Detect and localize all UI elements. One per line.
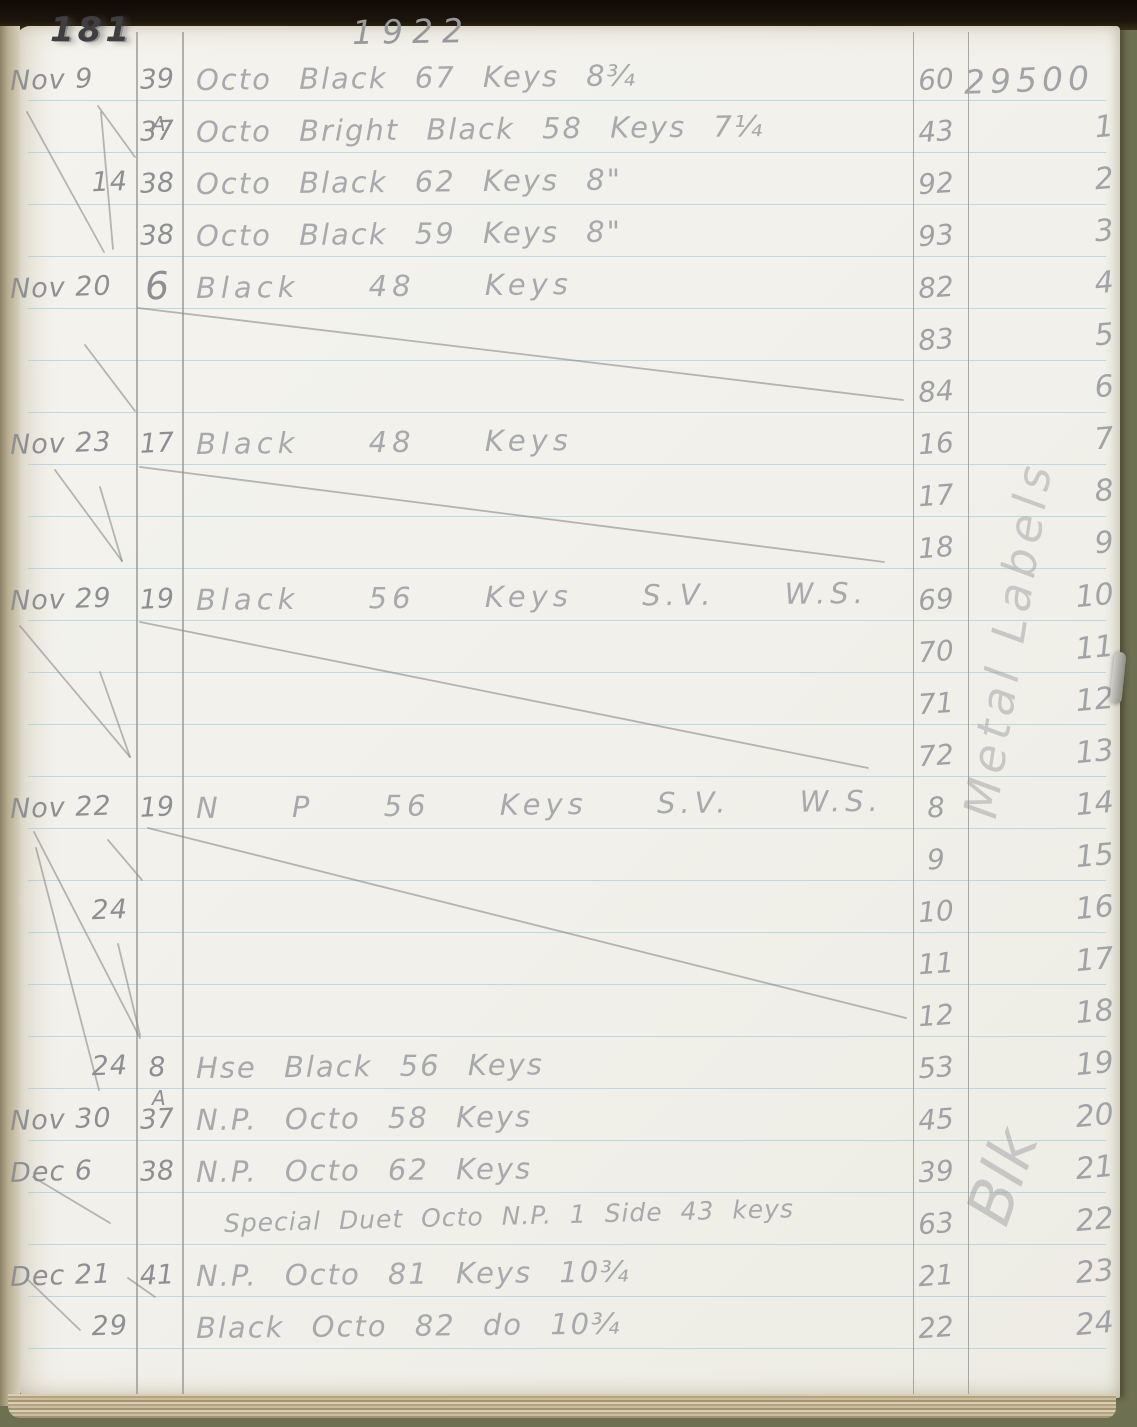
- ledger-row: Nov 2219N P 56 Keys S.V. W.S.814: [0, 784, 1137, 832]
- ledger-row: Nov 939AOcto Black 67 Keys 8¾6029500: [0, 56, 1137, 104]
- serial-cell: 17: [986, 934, 1122, 993]
- description-cell: Black Octo 82 do 10¾: [196, 1300, 622, 1352]
- ledger-row: 37Octo Bright Black 58 Keys 7¼431: [0, 108, 1137, 156]
- quantity-cell: 43: [906, 106, 965, 158]
- description-cell: N.P. Octo 62 Keys: [196, 1144, 533, 1196]
- ledger-row: 7112: [0, 680, 1137, 728]
- serial-cell: 18: [986, 986, 1122, 1045]
- description-cell: Black 56 Keys S.V. W.S.: [196, 569, 868, 624]
- quantity-cell: 17: [906, 470, 965, 522]
- quantity-cell: 93: [906, 210, 965, 262]
- quantity-cell: 70: [906, 626, 965, 678]
- description-cell: Octo Black 67 Keys 8¾: [196, 51, 637, 104]
- date-cell: 29: [9, 1302, 129, 1354]
- ledger-row: 7213: [0, 732, 1137, 780]
- ledger-row: Dec 638N.P. Octo 62 Keys3921: [0, 1148, 1137, 1196]
- ledger-row: 29Black Octo 82 do 10¾2224: [0, 1304, 1137, 1352]
- serial-cell: 16: [986, 882, 1122, 941]
- serial-cell: 4: [986, 258, 1122, 317]
- ledger-row: 915: [0, 836, 1137, 884]
- serial-cell: 15: [986, 830, 1122, 889]
- model-cell: 37: [129, 107, 185, 158]
- quantity-cell: 18: [906, 522, 965, 574]
- description-cell: Octo Bright Black 58 Keys 7¼: [196, 102, 765, 156]
- serial-cell: 8: [986, 466, 1122, 525]
- quantity-cell: 92: [906, 158, 965, 210]
- model-cell: 38: [129, 159, 185, 210]
- year-heading: 1922: [352, 11, 473, 52]
- ledger-row: 248Hse Black 56 Keys5319: [0, 1044, 1137, 1092]
- serial-cell: 12: [986, 674, 1122, 733]
- quantity-cell: 39: [906, 1146, 965, 1198]
- serial-cell: 21: [986, 1142, 1122, 1201]
- date-cell: Nov 20: [9, 262, 129, 314]
- scanned-ledger-page: 181 1922 Nov 939AOcto Black 67 Keys 8¾60…: [0, 0, 1137, 1427]
- model-cell: 39: [129, 55, 185, 106]
- date-cell: Nov 22: [9, 782, 129, 834]
- description-cell: Octo Black 59 Keys 8": [196, 208, 622, 260]
- quantity-cell: 12: [906, 990, 965, 1042]
- quantity-cell: 72: [906, 730, 965, 782]
- description-cell: N P 56 Keys S.V. W.S.: [196, 777, 883, 832]
- ledger-row: 7011: [0, 628, 1137, 676]
- serial-cell: 29500: [963, 53, 1123, 106]
- ledger-row: Nov 2317Black 48 Keys167: [0, 420, 1137, 468]
- ledger-row: 38Octo Black 59 Keys 8"933: [0, 212, 1137, 260]
- quantity-cell: 11: [906, 938, 965, 990]
- ledger-row: 189: [0, 524, 1137, 572]
- date-cell: 24: [9, 886, 129, 938]
- quantity-cell: 71: [906, 678, 965, 730]
- page-bottom-edges: [8, 1394, 1116, 1418]
- serial-cell: 20: [986, 1090, 1122, 1149]
- quantity-cell: 16: [906, 418, 965, 470]
- quantity-cell: 21: [906, 1250, 965, 1302]
- serial-cell: 10: [986, 570, 1122, 629]
- quantity-cell: 60: [906, 54, 965, 106]
- date-cell: Nov 29: [9, 574, 129, 626]
- ledger-row: Nov 3037AN.P. Octo 58 Keys4520: [0, 1096, 1137, 1144]
- ledger-row: 1218: [0, 992, 1137, 1040]
- ledger-row: Nov 2919Black 56 Keys S.V. W.S.6910: [0, 576, 1137, 624]
- model-cell: 19: [129, 575, 185, 626]
- serial-cell: 11: [986, 622, 1122, 681]
- serial-cell: 13: [986, 726, 1122, 785]
- serial-cell: 24: [986, 1298, 1122, 1357]
- serial-cell: 1: [986, 102, 1122, 161]
- quantity-cell: 82: [906, 262, 965, 314]
- serial-cell: 6: [986, 362, 1122, 421]
- serial-cell: 2: [986, 154, 1122, 213]
- quantity-cell: 10: [906, 886, 965, 938]
- model-cell: 6: [129, 263, 185, 310]
- ledger-row: 846: [0, 368, 1137, 416]
- serial-cell: 3: [986, 206, 1122, 265]
- quantity-cell: 9: [906, 834, 965, 886]
- description-cell: Octo Black 62 Keys 8": [196, 156, 622, 208]
- date-cell: 24: [9, 1042, 129, 1094]
- date-cell: 14: [9, 158, 129, 210]
- quantity-cell: 84: [906, 366, 965, 418]
- ledger-row: Dec 2141N.P. Octo 81 Keys 10¾2123: [0, 1252, 1137, 1300]
- serial-cell: 7: [986, 414, 1122, 473]
- ledger-row: 835: [0, 316, 1137, 364]
- serial-cell: 14: [986, 778, 1122, 837]
- quantity-cell: 83: [906, 314, 965, 366]
- ledger-row: Nov 206Black 48 Keys824: [0, 264, 1137, 312]
- description-cell: N.P. Octo 58 Keys: [196, 1092, 533, 1144]
- quantity-cell: 22: [906, 1302, 965, 1354]
- date-cell: Dec 6: [9, 1146, 129, 1198]
- date-cell: Nov 9: [9, 54, 129, 106]
- quantity-cell: 63: [906, 1198, 965, 1250]
- quantity-cell: 45: [906, 1094, 965, 1146]
- model-cell: 38: [129, 211, 185, 262]
- description-cell: Hse Black 56 Keys: [196, 1040, 544, 1092]
- model-cell: 19: [129, 783, 185, 834]
- serial-cell: 23: [986, 1246, 1122, 1305]
- quantity-cell: 8: [906, 782, 965, 834]
- ledger-row: 178: [0, 472, 1137, 520]
- date-cell: Dec 21: [9, 1250, 129, 1302]
- description-cell: Black 48 Keys: [196, 260, 573, 312]
- ledger-row: 1117: [0, 940, 1137, 988]
- description-cell: Black 48 Keys: [196, 416, 573, 468]
- ledger-row: Special Duet Octo N.P. 1 Side 43 keys632…: [0, 1200, 1137, 1248]
- ledger-row: 1438Octo Black 62 Keys 8"922: [0, 160, 1137, 208]
- description-cell: N.P. Octo 81 Keys 10¾: [196, 1247, 631, 1300]
- date-cell: Nov 30: [9, 1094, 129, 1146]
- serial-cell: 9: [986, 518, 1122, 577]
- model-cell: 41: [129, 1251, 185, 1302]
- quantity-cell: 53: [906, 1042, 965, 1094]
- model-mark: A: [152, 1074, 166, 1122]
- serial-cell: 5: [986, 310, 1122, 369]
- model-cell: 38: [129, 1147, 185, 1198]
- quantity-cell: 69: [906, 574, 965, 626]
- date-cell: Nov 23: [9, 418, 129, 470]
- serial-cell: 22: [986, 1194, 1122, 1253]
- model-cell: 17: [129, 419, 185, 470]
- page-number: 181: [50, 10, 133, 50]
- ledger-row: 241016: [0, 888, 1137, 936]
- serial-cell: 19: [986, 1038, 1122, 1097]
